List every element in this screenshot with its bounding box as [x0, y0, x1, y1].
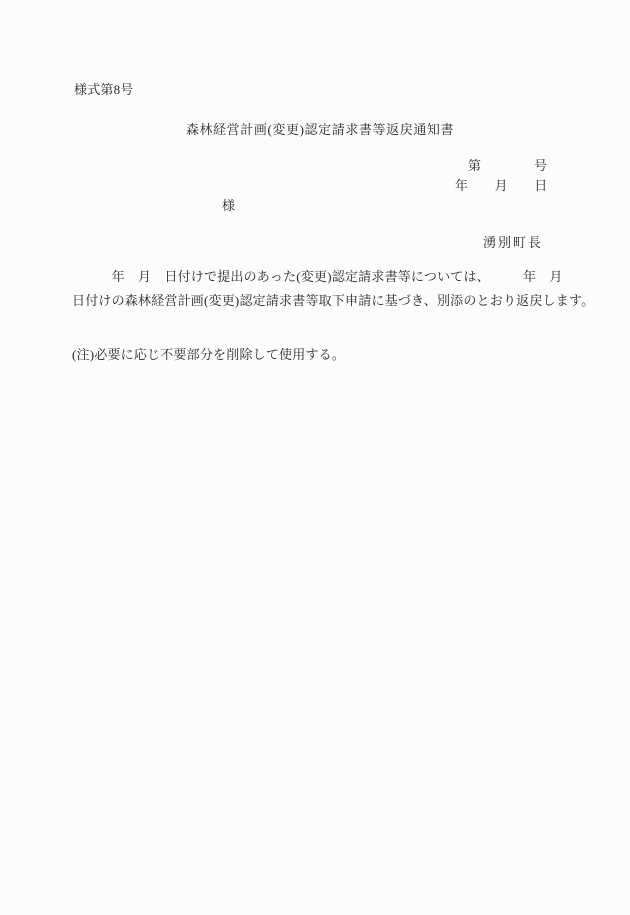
document-page: 様式第8号 森林経営計画(変更)認定請求書等返戻通知書 第 号 年 月 日 様 … [0, 0, 630, 915]
form-number-label: 様式第8号 [74, 82, 134, 97]
body-paragraph-line-2: 日付けの森林経営計画(変更)認定請求書等取下申請に基づき、別添のとおり返戻します… [72, 293, 594, 308]
body-paragraph-line-1: 年 月 日付けで提出のあった(変更)認定請求書等については、 年 月 [72, 269, 563, 284]
document-date-line: 年 月 日 [455, 178, 547, 193]
sender-title: 湧別町長 [483, 235, 543, 250]
usage-note: (注)必要に応じ不要部分を削除して使用する。 [72, 347, 345, 362]
document-title: 森林経営計画(変更)認定請求書等返戻通知書 [0, 122, 630, 137]
document-number-line: 第 号 [468, 158, 547, 173]
addressee-suffix-label: 様 [222, 198, 235, 213]
